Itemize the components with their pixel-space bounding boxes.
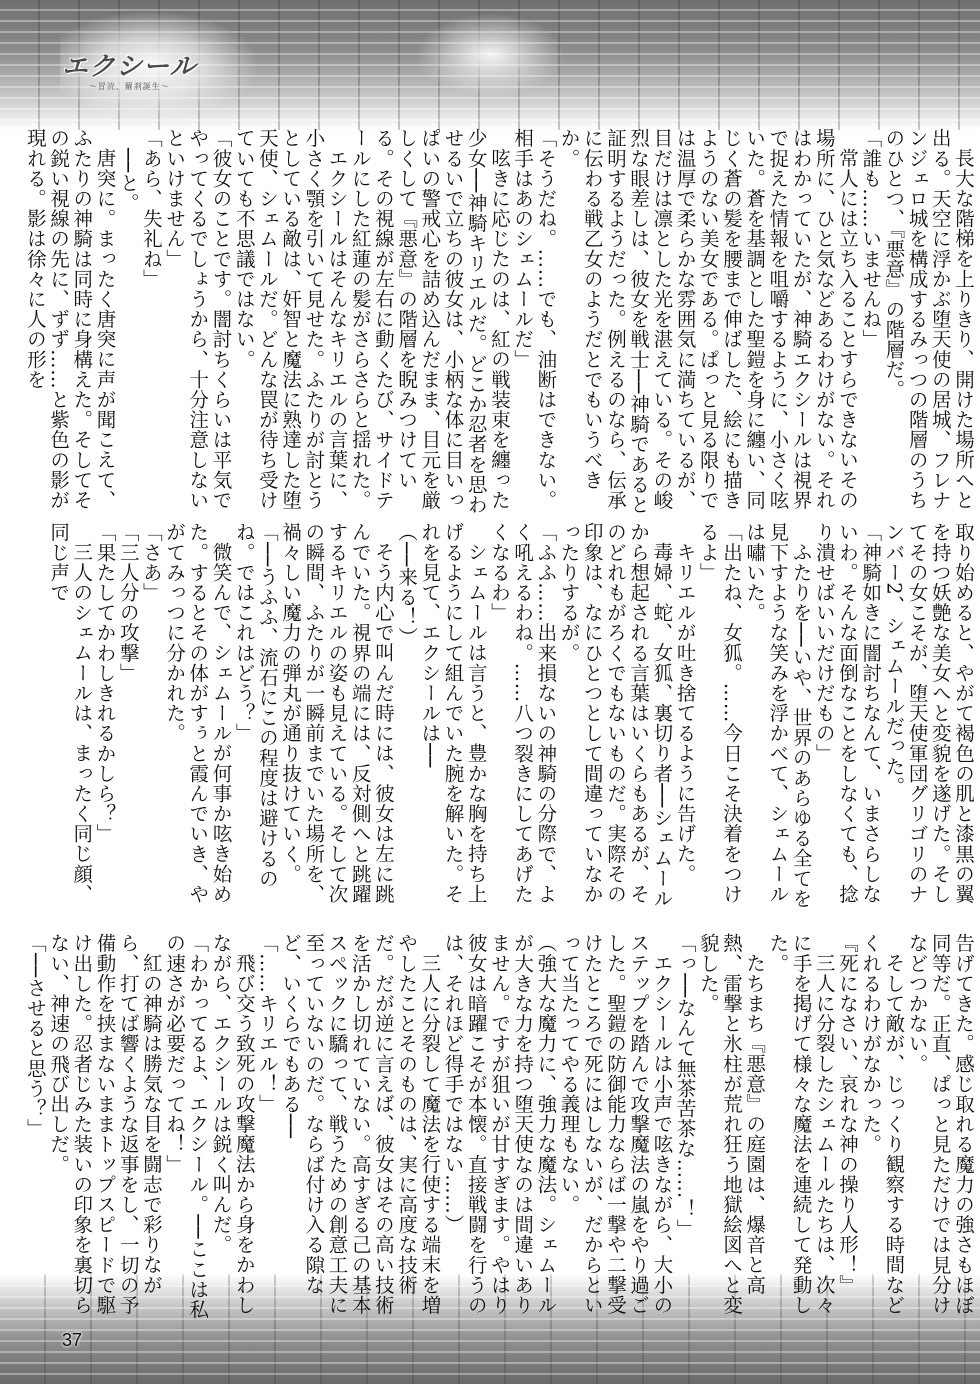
inner-thought: （──来る！） bbox=[395, 522, 418, 922]
paragraph: ふたりを──いや、世界のあらゆる全てを見下すような笑みを浮かべて、シェムールは嘯… bbox=[743, 522, 813, 922]
dialogue: 「彼女のことです。闇討ちくらいは平気でやってくるでしょうから、十分注意しないとい… bbox=[163, 128, 233, 520]
paragraph: エクシールはそんなキリエルの言葉に、小さく顎を引いて見せた。ふたりが討とうとして… bbox=[233, 128, 349, 520]
logo-title: エクシール bbox=[62, 46, 196, 83]
dialogue: 「神騎如きに闇討ちなんて、いまさらしないわ。そんな面倒なことをしなくても、捻り潰… bbox=[813, 522, 883, 922]
paragraph: たちまち『悪意』の庭園は、爆音と高熱、雷撃と氷柱が荒れ狂う地獄絵図へと変貌した。 bbox=[697, 933, 767, 1325]
paragraph: 三人のシェムールは、まったく同じ顔、同じ声で bbox=[47, 522, 93, 922]
dialogue: 「そうだね。……でも、油断はできない。相手はあのシェムールだ」 bbox=[511, 128, 557, 520]
paragraph: 唐突に。まったく唐突に声が聞こえて、ふたりの神騎は同時に身構えた。そしてその鋭い… bbox=[24, 128, 117, 520]
paragraph: シェムールは言うと、豊かな胸を持ち上げるようにして組んでいた腕を解いた。それを見… bbox=[418, 522, 488, 922]
text-tier-middle: 取り始めると、やがて褐色の肌と漆黒の翼を持つ妖艶な美女へと変貌を遂げた。そしてそ… bbox=[40, 522, 975, 922]
text-tier-bottom: 告げてきた。感じ取れる魔力の強さもほぼ同等だ。正直、ぱっと見ただけでは見分けなど… bbox=[40, 933, 975, 1325]
dialogue: 「あら、失礼ね」 bbox=[140, 128, 163, 520]
paragraph: そして敵が、じっくり観察する時間などくれるわけがなかった。 bbox=[859, 933, 905, 1325]
paragraph: 常人には立ち入ることすらできないその場所に、ひと気などあるわけがない。それはわか… bbox=[557, 128, 859, 520]
dialogue: 「わかってるよ、エクシール。──ここは私の速さが必要だってね！」 bbox=[163, 933, 209, 1325]
paragraph: エクシールは小声で呟きながら、大小のステップを踏んで攻撃魔法の嵐をやり過ごした。… bbox=[557, 933, 673, 1325]
paragraph: 三人に分裂したシェムールたちは、次々に手を掲げて様々な魔法を連続して発動した。 bbox=[766, 933, 836, 1325]
paragraph: ──と。 bbox=[116, 128, 139, 520]
dialogue: 「ふふ……出来損ないの神騎の分際で、よく吼えるわね。……八つ裂きにしてあげたくな… bbox=[488, 522, 558, 922]
paragraph: 飛び交う致死の攻撃魔法から身をかわしながら、エクシールは鋭く叫んだ。 bbox=[209, 933, 255, 1325]
paragraph: 取り始めると、やがて褐色の肌と漆黒の翼を持つ妖艶な美女へと変貌を遂げた。そしてそ… bbox=[882, 522, 975, 922]
light-flare bbox=[410, 10, 570, 100]
paragraph: 毒婦、蛇、女狐、裏切り者──シェムールから想起される言葉はいくらもあるが、そのど… bbox=[557, 522, 673, 922]
dialogue: 「出たね、女狐。……今日こそ決着をつけるよ」 bbox=[697, 522, 743, 922]
series-logo: エクシール 〜冒涜、羅刹誕生〜 bbox=[62, 46, 196, 92]
dialogue: 「三人分の攻撃」 bbox=[116, 522, 139, 922]
dialogue: 「誰も……いませんね」 bbox=[859, 128, 882, 520]
inner-thought: （強大な魔力に、強力な魔法。シェムールが大きな力を持つ堕天使なのは間違いありませ… bbox=[441, 933, 557, 1325]
paragraph: 微笑んで、シェムールが何事か呟き始めた。するとその体がすぅと霞んでいき、やがてみ… bbox=[163, 522, 233, 922]
dialogue: 「さあ」 bbox=[140, 522, 163, 922]
paragraph: 呟きに応じたのは、紅の戦装束を纏った少女──神騎キリエルだ。どこか忍者を思わせる… bbox=[349, 128, 511, 520]
page-number: 37 bbox=[62, 1330, 82, 1351]
dialogue: 「……キリエル！」 bbox=[256, 933, 279, 1325]
paragraph: 長大な階梯を上りきり、開けた場所へと出る。天空に浮かぶ堕天使の居城、フレナンジェ… bbox=[882, 128, 975, 520]
dialogue: 「──うふふ、流石にこの程度は避けるのね。ではこれはどう？」 bbox=[233, 522, 279, 922]
text-tier-top: 長大な階梯を上りきり、開けた場所へと出る。天空に浮かぶ堕天使の居城、フレナンジェ… bbox=[40, 128, 975, 520]
paragraph: 三人に分裂して魔法を行使する端末を増やしたことそのものは、実に高度な技術だ。だが… bbox=[279, 933, 441, 1325]
dialogue: 「──させると思う？」 bbox=[24, 933, 47, 1325]
dialogue: 『死になさい、哀れな神の操り人形！』 bbox=[836, 933, 859, 1325]
dialogue: 「果たしてかわしきれるかしら？」 bbox=[93, 522, 116, 922]
paragraph: そう内心で叫んだ時には、彼女は左に跳んでいた。視界の端には、反対側へと跳躍するキ… bbox=[279, 522, 395, 922]
paragraph: 告げてきた。感じ取れる魔力の強さもほぼ同等だ。正直、ぱっと見ただけでは見分けなど… bbox=[905, 933, 975, 1325]
dialogue: 「っ──なんて無茶苦茶な……！」 bbox=[673, 933, 696, 1325]
paragraph: キリエルが吐き捨てるように告げた。 bbox=[673, 522, 696, 922]
paragraph: 紅の神騎は勝気な目を闘志で彩りながら、打てば響くような返事をし、一切の予備動作を… bbox=[47, 933, 163, 1325]
